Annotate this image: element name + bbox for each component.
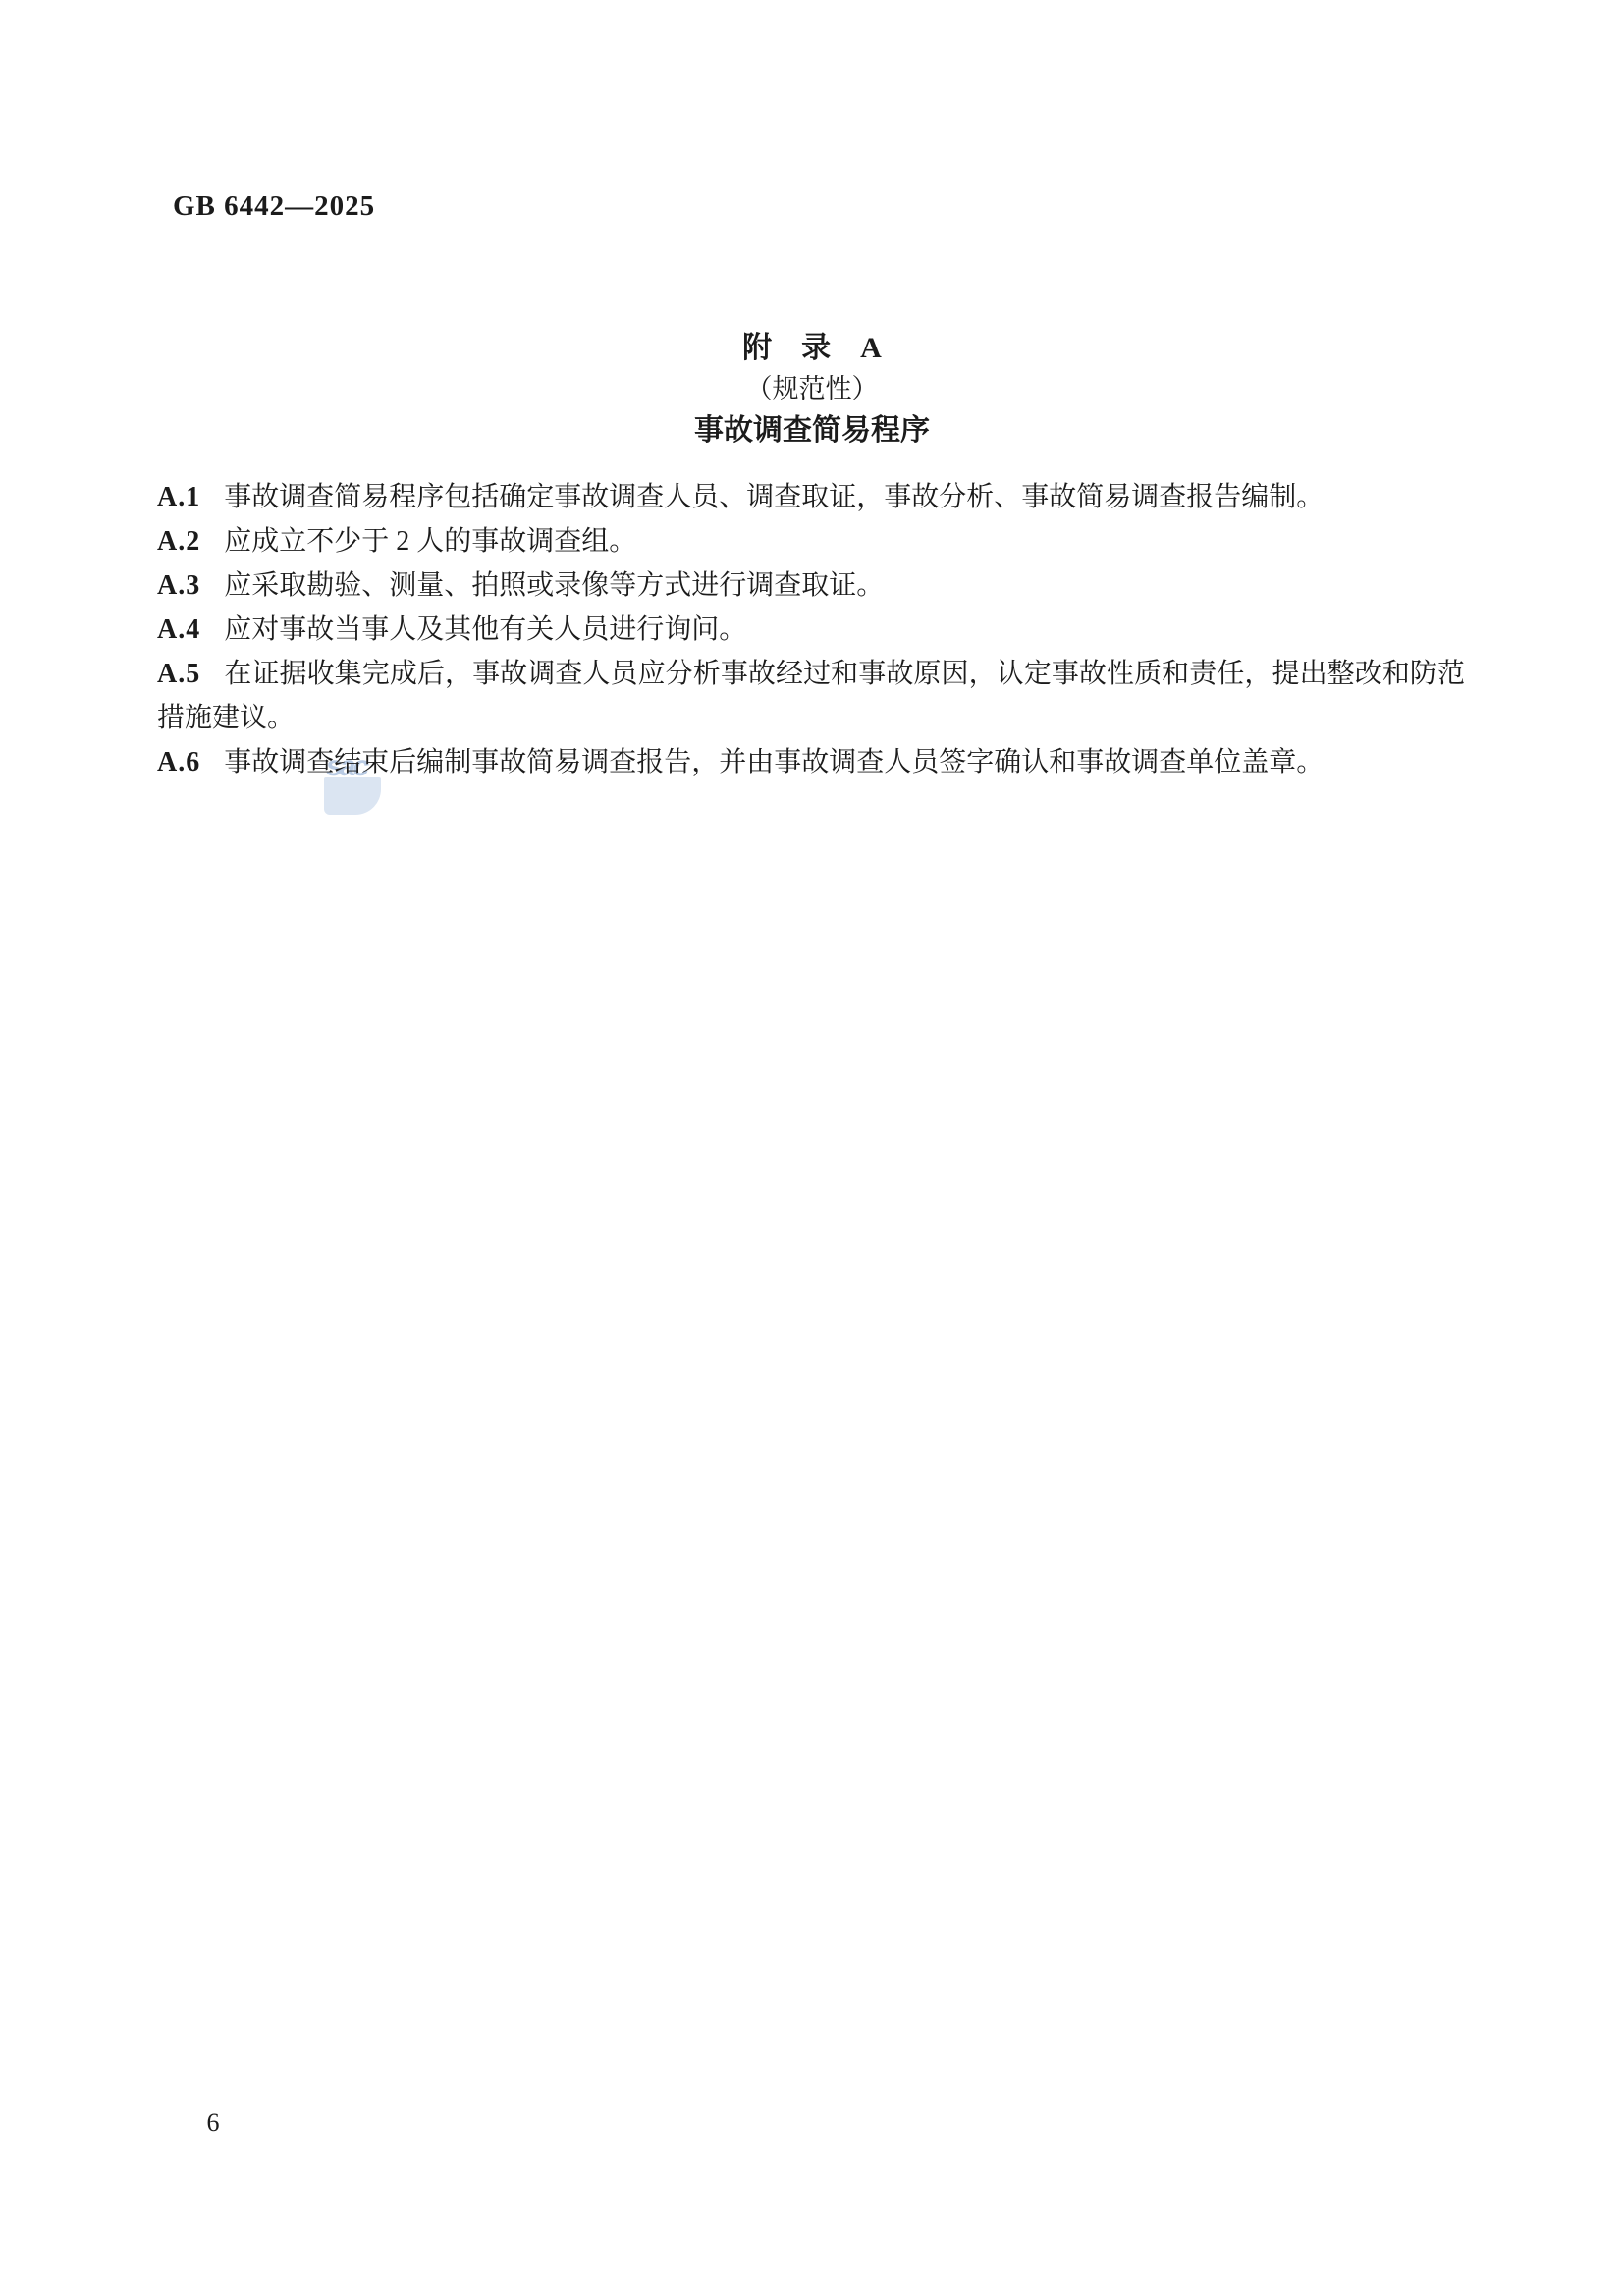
clause-label: A.2 [157, 526, 200, 557]
clause-list: A.1事故调查简易程序包括确定事故调查人员、调查取证，事故分析、事故简易调查报告… [157, 475, 1465, 784]
appendix-subject-title: 事故调查简易程序 [159, 409, 1465, 452]
clause-text: 应采取勘验、测量、拍照或录像等方式进行调查取证。 [224, 570, 884, 601]
clause-item-a6: A.6事故调查结束后编制事故简易调查报告，并由事故调查人员签字确认和事故调查单位… [157, 740, 1465, 784]
clause-item-a1: A.1事故调查简易程序包括确定事故调查人员、调查取证，事故分析、事故简易调查报告… [157, 475, 1465, 519]
clause-label: A.5 [157, 659, 200, 689]
appendix-normative-label: （规范性） [159, 369, 1465, 409]
clause-text: 在证据收集完成后，事故调查人员应分析事故经过和事故原因，认定事故性质和责任，提出… [157, 659, 1465, 733]
appendix-title: 附 录 A [159, 328, 1465, 369]
clause-label: A.4 [157, 614, 200, 645]
clause-item-a2: A.2应成立不少于 2 人的事故调查组。 [157, 519, 1465, 563]
clause-item-a3: A.3应采取勘验、测量、拍照或录像等方式进行调查取证。 [157, 563, 1465, 608]
document-page: GB 6442—2025 sac 附 录 A （规范性） 事故调查简易程序 A.… [0, 0, 1624, 2296]
clause-text: 事故调查简易程序包括确定事故调查人员、调查取证，事故分析、事故简易调查报告编制。 [224, 482, 1324, 512]
appendix-title-block: 附 录 A （规范性） 事故调查简易程序 [159, 328, 1465, 452]
clause-label: A.1 [157, 482, 200, 512]
clause-label: A.6 [157, 747, 200, 777]
page-number: 6 [192, 2109, 234, 2138]
clause-item-a4: A.4应对事故当事人及其他有关人员进行询问。 [157, 608, 1465, 652]
clause-item-a5: A.5在证据收集完成后，事故调查人员应分析事故经过和事故原因，认定事故性质和责任… [157, 652, 1465, 740]
clause-label: A.3 [157, 570, 200, 601]
clause-text: 应对事故当事人及其他有关人员进行询问。 [224, 614, 746, 645]
standard-number: GB 6442—2025 [173, 190, 375, 223]
clause-text: 应成立不少于 2 人的事故调查组。 [224, 526, 636, 557]
clause-text: 事故调查结束后编制事故简易调查报告，并由事故调查人员签字确认和事故调查单位盖章。 [224, 747, 1324, 777]
